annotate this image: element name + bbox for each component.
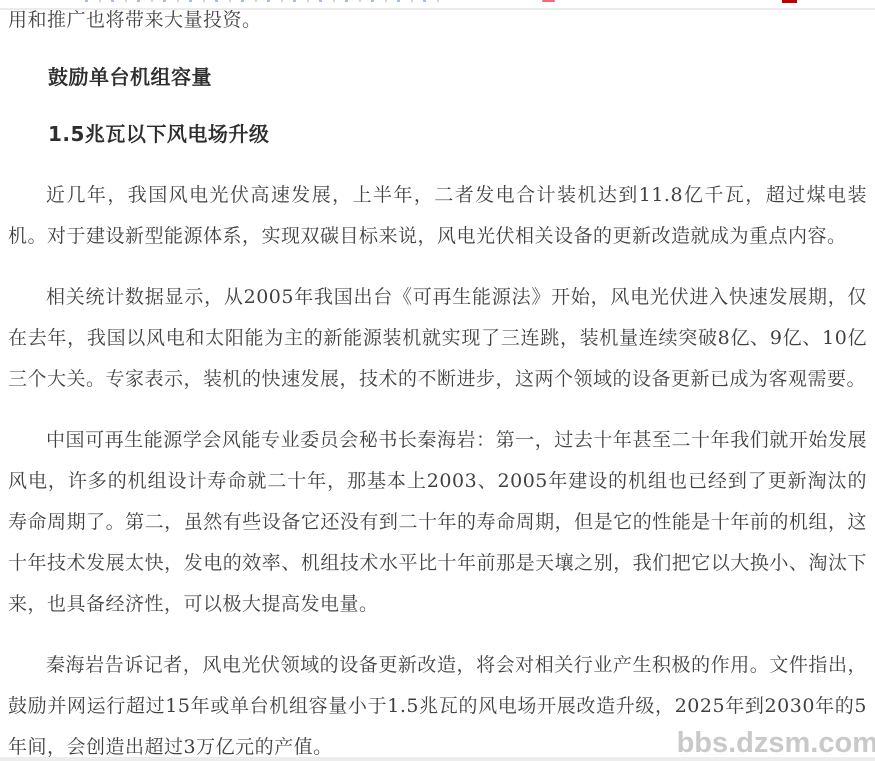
paragraph-statistics: 相关统计数据显示，从2005年我国出台《可再生能源法》开始，风电光伏进入快速发展… bbox=[8, 277, 867, 400]
article-body: 用和推广也将带来大量投资。 鼓励单台机组容量 1.5兆瓦以下风电场升级 近几年，… bbox=[0, 0, 875, 761]
site-watermark: bbs.dzsm.com bbox=[677, 727, 875, 760]
paragraph-continuation: 用和推广也将带来大量投资。 bbox=[8, 0, 867, 41]
section-heading-wind-farm-upgrade: 1.5兆瓦以下风电场升级 bbox=[8, 114, 867, 155]
paragraph-expert-quote: 中国可再生能源学会风能专业委员会秘书长秦海岩：第一，过去十年甚至二十年我们就开始… bbox=[8, 420, 867, 625]
paragraph-wind-solar-growth: 近几年，我国风电光伏高速发展，上半年，二者发电合计装机达到11.8亿千瓦，超过煤… bbox=[8, 175, 867, 257]
section-heading-unit-capacity: 鼓励单台机组容量 bbox=[8, 57, 867, 98]
